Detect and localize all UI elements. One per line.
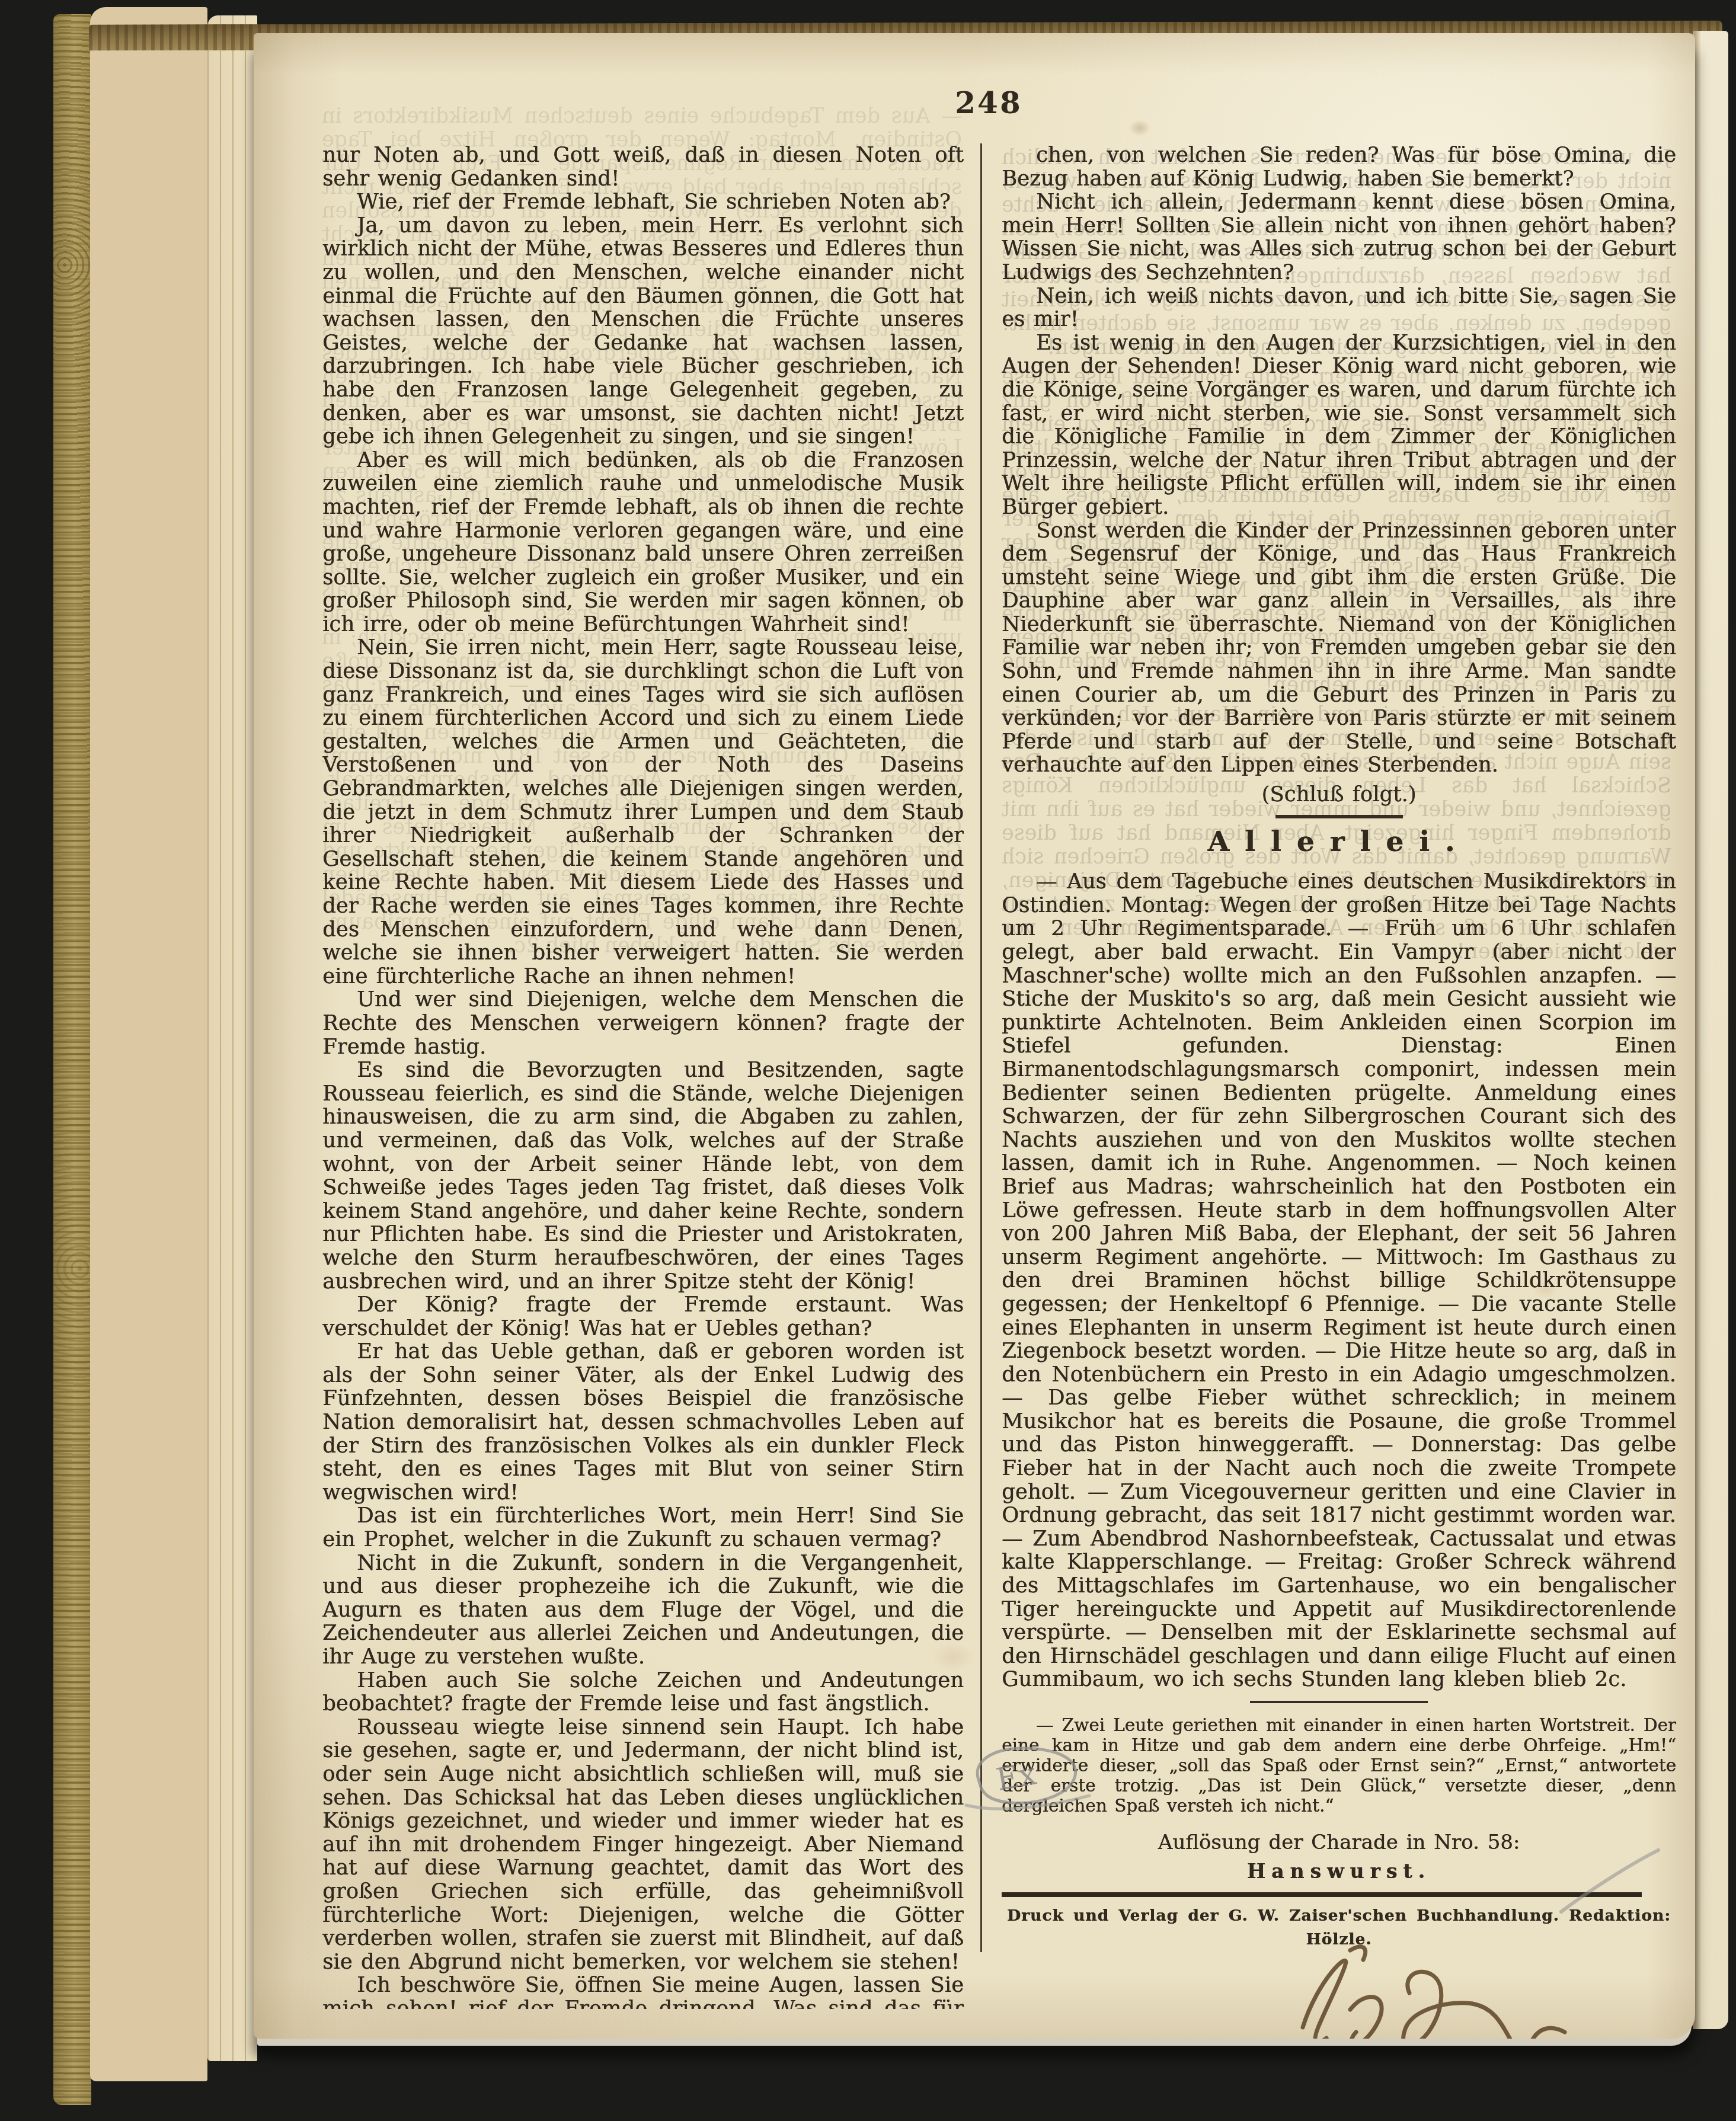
story-paragraph: Nicht in die Zukunft, sondern in die Ver… [322,1551,964,1669]
story-paragraph: Der König? fragte der Fremde erstaunt. W… [322,1293,964,1340]
story-paragraph: Und wer sind Diejenigen, welche dem Mens… [322,988,964,1058]
column-divider-rule [980,143,982,1952]
book-cover-edge [53,14,91,2105]
charade-answer: Hanswurst. [1002,1860,1676,1883]
misc-item-diary: — Aus dem Tagebuche eines deutschen Musi… [1002,870,1676,1691]
story-paragraph: Nein, ich weiß nichts davon, und ich bit… [1002,284,1676,331]
item-separator-rule [1250,1701,1428,1703]
section-title: Allerlei. [1002,830,1676,854]
story-paragraph: Das ist ein fürchterliches Wort, mein He… [322,1504,964,1551]
story-paragraph: Aber es will mich bedünken, als ob die F… [322,449,964,636]
story-paragraph: Nein, Sie irren nicht, mein Herr, sagte … [322,636,964,988]
continuation-note: (Schluß folgt.) [1002,783,1676,807]
story-continuation: chen, von welchen Sie reden? Was für bös… [1002,143,1676,777]
story-paragraph: chen, von welchen Sie reden? Was für bös… [1002,143,1676,190]
page-step-edges [207,15,257,2061]
charade-heading: Auflösung der Charade in Nro. 58: [1002,1831,1676,1855]
story-paragraph: Sonst werden die Kinder der Prinzessinne… [1002,519,1676,778]
adjacent-page-edge [1693,31,1728,2029]
misc-item-anecdote: — Zwei Leute geriethen mit einander in e… [1002,1715,1676,1816]
story-paragraph: Wie, rief der Fremde lebhaft, Sie schrie… [322,190,964,214]
imprint-line: Druck und Verlag der G. W. Zaiser'schen … [1002,1904,1676,1951]
story-paragraph: Nicht ich allein, Jedermann kennt diese … [1002,190,1676,284]
right-text-column: chen, von welchen Sie reden? Was für bös… [1002,143,1676,2016]
story-paragraph: Haben auch Sie solche Zeichen und Andeut… [322,1669,964,1716]
imprint-rule [1002,1892,1642,1897]
newspaper-page: — Aus dem Tagebuche eines deutschen Musi… [254,33,1695,2039]
story-paragraph: Es ist wenig in den Augen der Kurzsichti… [1002,331,1676,519]
scanned-book-page: { "page_number": "248", "left_column": {… [0,0,1736,2121]
story-paragraph: Ja, um davon zu leben, mein Herr. Es ver… [322,214,964,449]
story-paragraph: Rousseau wiegte leise sinnend sein Haupt… [322,1716,964,1974]
story-paragraph: Ich beschwöre Sie, öffnen Sie meine Auge… [322,1973,964,2009]
story-paragraph: nur Noten ab, und Gott weiß, daß in dies… [322,143,964,190]
story-paragraph: Es sind die Bevorzugten und Besitzenden,… [322,1058,964,1293]
left-text-column: nur Noten ab, und Gott weiß, daß in dies… [322,143,964,2009]
story-paragraph: Er hat das Ueble gethan, daß er geboren … [322,1340,964,1504]
page-fore-edges [90,7,207,2081]
section-separator-rule [1275,815,1403,818]
page-number: 248 [947,85,1030,120]
charade-solution: Auflösung der Charade in Nro. 58: Hanswu… [1002,1831,1676,1883]
